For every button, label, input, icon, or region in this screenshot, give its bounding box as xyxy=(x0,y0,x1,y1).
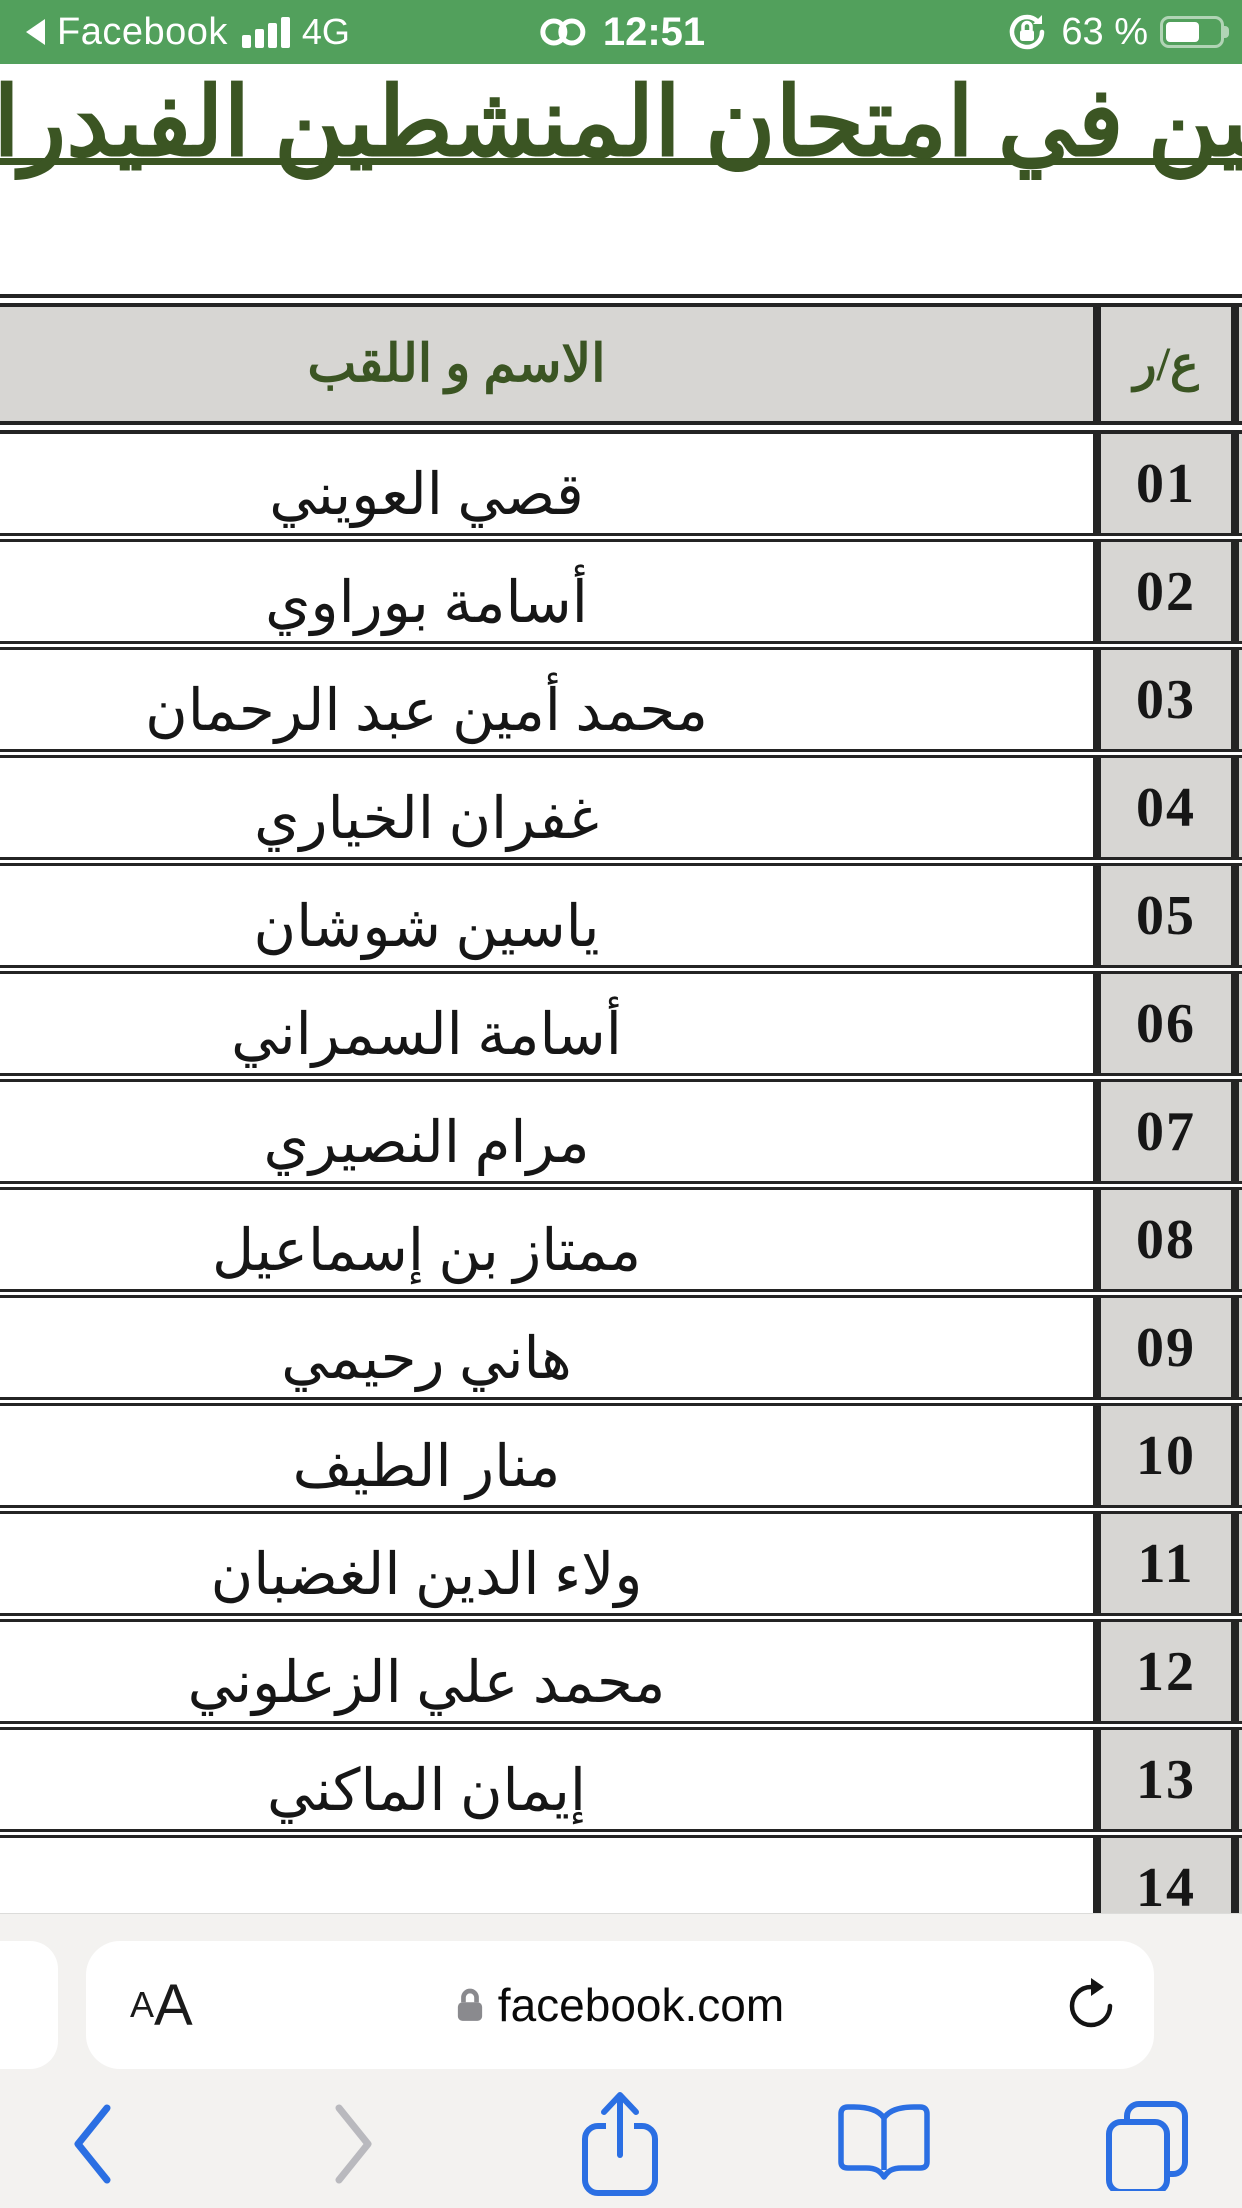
student-name: أسامة السمراني xyxy=(231,1000,622,1068)
row-number: 11 xyxy=(1138,1532,1195,1596)
row-number: 09 xyxy=(1136,1316,1196,1380)
table-body: قصي العويني 01 أسامة بوراوي 02 محمد أمين… xyxy=(0,434,1242,1946)
table-row: ممتاز بن إسماعيل 08 xyxy=(0,1190,1242,1298)
student-name: ياسين شوشان xyxy=(254,892,600,960)
student-name: منار الطيف xyxy=(293,1432,561,1500)
student-name-cell: ممتاز بن إسماعيل xyxy=(0,1190,1093,1289)
table-right-border xyxy=(1231,866,1239,965)
tabs-button[interactable] xyxy=(1077,2079,1217,2208)
refresh-button[interactable] xyxy=(1064,1941,1118,2069)
row-number-cell: 11 xyxy=(1101,1514,1231,1613)
column-divider xyxy=(1093,1082,1101,1181)
table-right-border xyxy=(1231,758,1239,857)
table-right-border xyxy=(1231,1190,1239,1289)
table-row: مرام النصيري 07 xyxy=(0,1082,1242,1190)
document-title: جحين في امتحان المنشطين الفيدراليين الـ xyxy=(0,64,1242,176)
student-name: أسامة بوراوي xyxy=(265,568,588,636)
student-name-cell: هاني رحيمي xyxy=(0,1298,1093,1397)
safari-toolbar xyxy=(0,2079,1242,2208)
tabs-icon xyxy=(1100,2097,1194,2191)
number-header-cell: ع/ر xyxy=(1101,307,1231,421)
student-name: غفران الخياري xyxy=(254,784,599,852)
student-name-cell: قصي العويني xyxy=(0,434,1093,533)
row-number: 07 xyxy=(1136,1100,1196,1164)
student-name: هاني رحيمي xyxy=(281,1324,571,1392)
student-name-cell: أسامة السمراني xyxy=(0,974,1093,1073)
name-header-label: الاسم و اللقب xyxy=(307,334,605,394)
row-number-cell: 04 xyxy=(1101,758,1231,857)
table-right-border xyxy=(1231,542,1239,641)
table-row: هاني رحيمي 09 xyxy=(0,1298,1242,1406)
student-name-cell: ولاء الدين الغضبان xyxy=(0,1514,1093,1613)
column-divider xyxy=(1093,974,1101,1073)
column-divider xyxy=(1093,1514,1101,1613)
table-row: أسامة السمراني 06 xyxy=(0,974,1242,1082)
student-name: مرام النصيري xyxy=(263,1108,589,1176)
battery-percent-label: 63 % xyxy=(1061,11,1148,54)
url-text: facebook.com xyxy=(498,1978,784,2032)
safari-screen: Facebook 4G 12:51 63 % xyxy=(0,0,1242,2208)
table-right-border xyxy=(1231,650,1239,749)
table-right-border xyxy=(1231,1514,1239,1613)
row-number-cell: 07 xyxy=(1101,1082,1231,1181)
status-right: 63 % xyxy=(1005,0,1224,64)
column-divider xyxy=(1093,1406,1101,1505)
student-name-cell: غفران الخياري xyxy=(0,758,1093,857)
table-row: منار الطيف 10 xyxy=(0,1406,1242,1514)
name-header-cell: الاسم و اللقب xyxy=(0,307,1093,421)
column-divider xyxy=(1093,1190,1101,1289)
share-button[interactable] xyxy=(550,2079,690,2208)
student-name: قصي العويني xyxy=(269,460,584,528)
row-number-cell: 09 xyxy=(1101,1298,1231,1397)
row-number-cell: 01 xyxy=(1101,434,1231,533)
student-name-cell: محمد أمين عبد الرحمان xyxy=(0,650,1093,749)
table-row: ياسين شوشان 05 xyxy=(0,866,1242,974)
column-divider xyxy=(1093,1622,1101,1721)
address-bar[interactable]: AA facebook.com xyxy=(86,1941,1154,2069)
row-number: 13 xyxy=(1136,1748,1196,1812)
student-name-cell: منار الطيف xyxy=(0,1406,1093,1505)
table-right-border xyxy=(1231,307,1239,421)
column-divider xyxy=(1093,650,1101,749)
results-table: الاسم و اللقب ع/ر قصي العويني 01 أسامة ب… xyxy=(0,294,1242,1946)
table-row: غفران الخياري 04 xyxy=(0,758,1242,866)
battery-icon xyxy=(1160,16,1224,48)
student-name-cell: مرام النصيري xyxy=(0,1082,1093,1181)
row-number: 14 xyxy=(1136,1856,1196,1920)
table-row: أسامة بوراوي 02 xyxy=(0,542,1242,650)
back-to-app-label: Facebook xyxy=(57,11,228,54)
student-name: محمد أمين عبد الرحمان xyxy=(145,676,708,744)
previous-tab-peek[interactable] xyxy=(0,1941,58,2069)
back-button[interactable] xyxy=(22,2079,162,2208)
table-right-border xyxy=(1231,1082,1239,1181)
row-number-cell: 03 xyxy=(1101,650,1231,749)
table-row: إيمان الماكني 13 xyxy=(0,1730,1242,1838)
column-divider xyxy=(1093,866,1101,965)
row-number-cell: 13 xyxy=(1101,1730,1231,1829)
table-row: قصي العويني 01 xyxy=(0,434,1242,542)
table-header-row: الاسم و اللقب ع/ر xyxy=(0,294,1242,434)
row-number-cell: 06 xyxy=(1101,974,1231,1073)
student-name-cell: إيمان الماكني xyxy=(0,1730,1093,1829)
status-bar: Facebook 4G 12:51 63 % xyxy=(0,0,1242,64)
table-right-border xyxy=(1231,434,1239,533)
row-number-cell: 02 xyxy=(1101,542,1231,641)
column-divider xyxy=(1093,434,1101,533)
column-divider xyxy=(1093,307,1101,421)
bookmarks-button[interactable] xyxy=(814,2079,954,2208)
chevron-right-icon xyxy=(331,2101,377,2187)
table-row: ولاء الدين الغضبان 11 xyxy=(0,1514,1242,1622)
row-number: 05 xyxy=(1136,884,1196,948)
table-row: محمد أمين عبد الرحمان 03 xyxy=(0,650,1242,758)
row-number: 03 xyxy=(1136,668,1196,732)
lock-icon xyxy=(456,1987,484,2023)
row-number-cell: 12 xyxy=(1101,1622,1231,1721)
table-row: محمد علي الزعلوني 12 xyxy=(0,1622,1242,1730)
refresh-icon xyxy=(1064,1976,1118,2034)
row-number: 02 xyxy=(1136,560,1196,624)
table-right-border xyxy=(1231,974,1239,1073)
url-display[interactable]: facebook.com xyxy=(86,1941,1154,2069)
back-triangle-icon xyxy=(26,19,45,45)
row-number: 04 xyxy=(1136,776,1196,840)
student-name-cell: ياسين شوشان xyxy=(0,866,1093,965)
column-divider xyxy=(1093,1730,1101,1829)
row-number: 06 xyxy=(1136,992,1196,1056)
row-number-cell: 10 xyxy=(1101,1406,1231,1505)
network-type-label: 4G xyxy=(302,11,350,53)
back-to-app-button[interactable]: Facebook 4G xyxy=(26,0,350,64)
student-name-cell: أسامة بوراوي xyxy=(0,542,1093,641)
signal-strength-icon xyxy=(242,16,290,48)
student-name: ولاء الدين الغضبان xyxy=(211,1540,643,1608)
share-icon xyxy=(576,2087,664,2201)
open-book-icon xyxy=(835,2103,933,2185)
row-number-cell: 05 xyxy=(1101,866,1231,965)
row-number: 10 xyxy=(1136,1424,1196,1488)
row-number: 08 xyxy=(1136,1208,1196,1272)
rotation-lock-icon xyxy=(1005,10,1049,54)
clock-label: 12:51 xyxy=(603,10,705,55)
student-name-cell: محمد علي الزعلوني xyxy=(0,1622,1093,1721)
table-right-border xyxy=(1231,1406,1239,1505)
chevron-left-icon xyxy=(69,2101,115,2187)
forward-button[interactable] xyxy=(284,2079,424,2208)
row-number-cell: 08 xyxy=(1101,1190,1231,1289)
row-number: 12 xyxy=(1136,1640,1196,1704)
document-title-zone: جحين في امتحان المنشطين الفيدراليين الـ xyxy=(0,64,1242,294)
column-divider xyxy=(1093,1298,1101,1397)
student-name: محمد علي الزعلوني xyxy=(188,1648,666,1716)
table-right-border xyxy=(1231,1730,1239,1829)
safari-bottom-bar: AA facebook.com xyxy=(0,1913,1242,2208)
table-right-border xyxy=(1231,1622,1239,1721)
personal-hotspot-icon xyxy=(537,15,589,49)
column-divider xyxy=(1093,542,1101,641)
table-right-border xyxy=(1231,1298,1239,1397)
status-center: 12:51 xyxy=(537,0,705,64)
student-name: إيمان الماكني xyxy=(267,1756,586,1824)
number-header-label: ع/ر xyxy=(1133,336,1198,392)
row-number: 01 xyxy=(1136,452,1196,516)
student-name: ممتاز بن إسماعيل xyxy=(212,1216,641,1284)
column-divider xyxy=(1093,758,1101,857)
